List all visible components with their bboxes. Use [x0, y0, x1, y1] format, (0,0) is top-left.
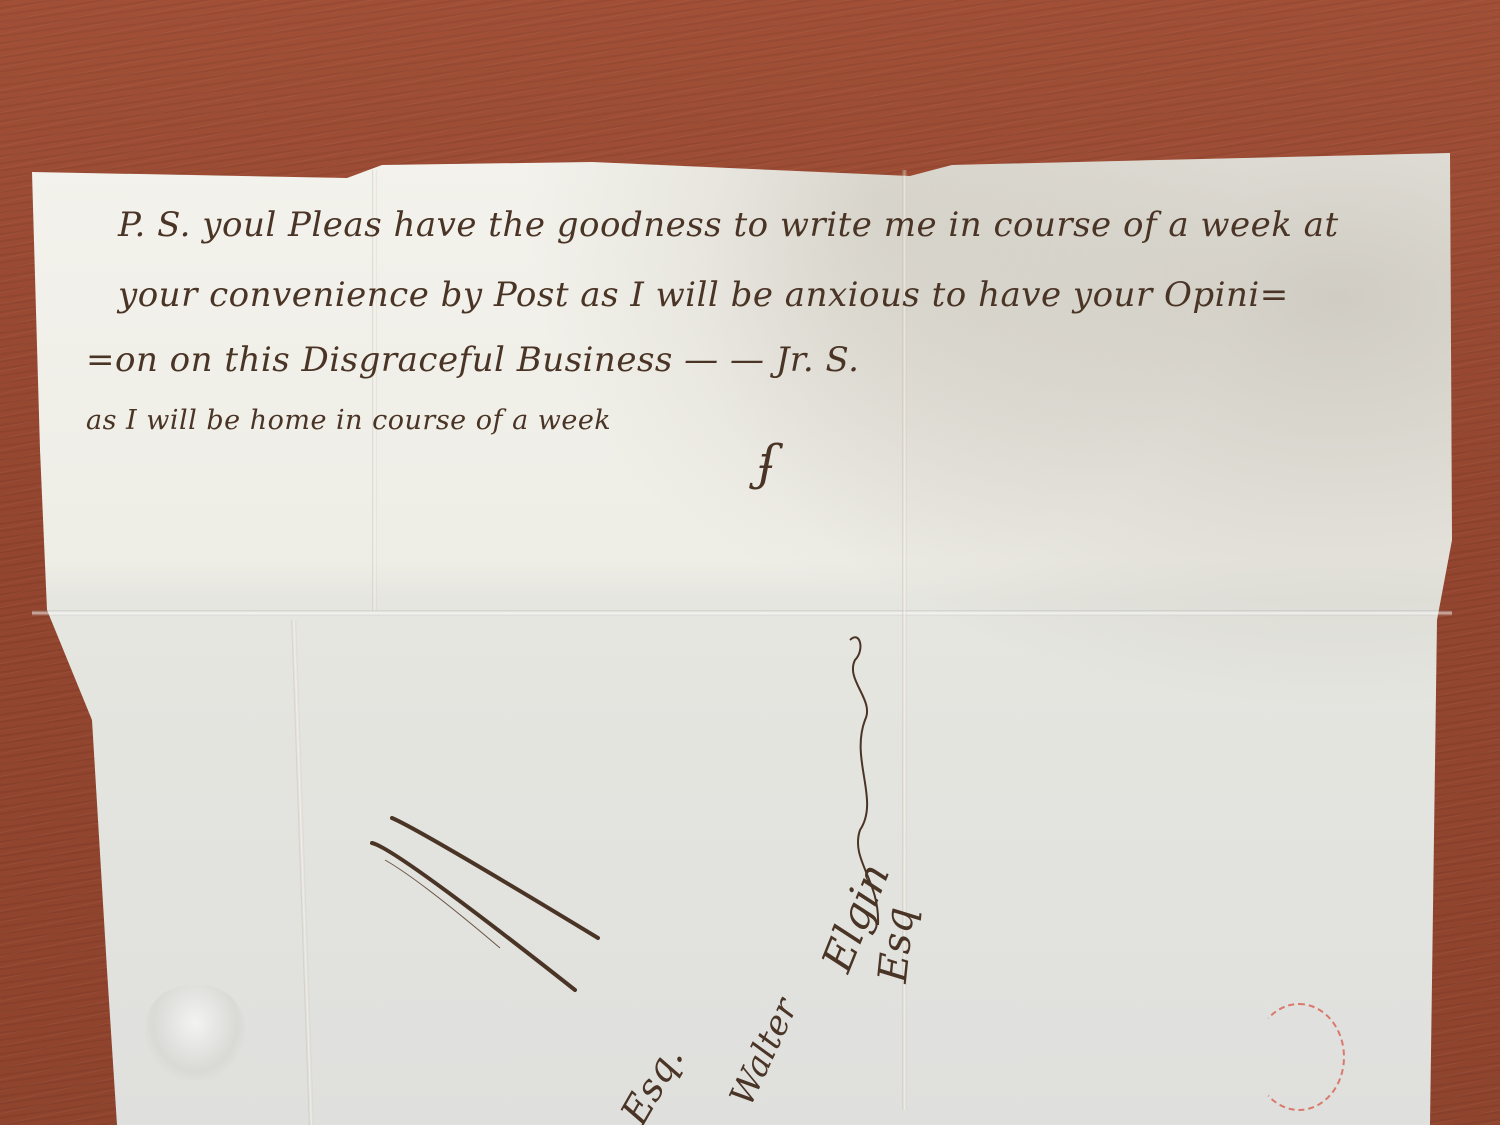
address-underline-strokes-icon — [0, 0, 1500, 1125]
wax-seal-impression — [145, 985, 245, 1080]
red-postmark-circle — [1253, 1003, 1345, 1111]
address-line-esq-2: Esq — [870, 905, 924, 985]
